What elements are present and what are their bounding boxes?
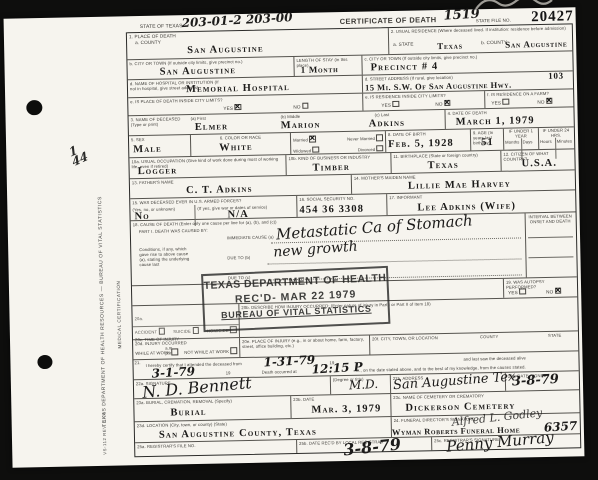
field-physician-address: 22b. ADDRESS San Augustine Tex [391,373,506,393]
field-date-of-death: 4. DATE OF DEATH March 1, 1979 [445,107,572,129]
checked-box [444,100,451,107]
field-residence-inside-city-limits: e. IS RESIDENCE INSIDE CITY LIMITS? YES … [363,91,485,110]
degree-value: M.D. [349,377,379,393]
margin-vertical-medical-certification: MEDICAL CERTIFICATION [115,230,122,348]
field-usual-occupation: 10a. USUAL OCCUPATION (Give kind of work… [129,155,286,178]
empty-box [392,101,399,108]
registrar-file-label: 25a. REGISTRAR'S FILE NO. [137,441,294,449]
part1-label: PART I. DEATH WAS CAUSED BY: [139,228,208,234]
field-marital-status: Married Never Married Widowed Divorced [291,131,386,154]
injury-occurred-label: 20d. INJURY OCCURRED [135,339,237,346]
empty-box [377,145,384,152]
residence-farm-label: f. IS RESIDENCE ON A FARM? [487,90,570,97]
not-while-at-work-option: NOT WHILE AT WORK [184,347,237,355]
under-24-hrs-label: IF UNDER 24 HRS. [539,127,573,138]
sex-label: 5. SEX [131,136,188,142]
location-value: San Augustine County, Texas [159,427,317,441]
field-social-security-no: 16. SOCIAL SECURITY NO. 454 36 3308 [297,194,387,217]
marital-divorced: Divorced [358,145,384,152]
date-received-value: 3-8-79 [342,434,402,459]
business-label: 10b. KIND OF BUSINESS OR INDUSTRY [288,154,388,161]
middle-name-label: (b) Middle [281,114,301,119]
field-date-received-registrar: 25b. DATE REC'D BY LOCAL REGISTRAR 3-8-7… [297,437,432,453]
empty-box [171,348,178,355]
field-sex: 5. SEX Male [129,135,191,157]
death-city-limits-no: NO [293,102,308,110]
checked-box [309,136,316,143]
burial-date-value: Mar. 3, 1979 [311,404,381,416]
margin-form-number: VS-112 REV. 1/78 [101,403,107,455]
checked-box [234,104,241,111]
empty-box [376,134,383,141]
punch-hole-top [26,100,42,115]
field-citizen-of-country: 12. CITIZEN OF WHAT COUNTRY? U.S.A. [501,149,573,170]
last-name-value: Adkins [369,118,406,129]
field-usual-residence: 2. USUAL RESIDENCE (Where deceased lived… [389,24,571,54]
field-autopsy: 19. WAS AUTOPSY PERFORMED? YES NO [504,277,576,297]
residence-city-limits-no: NO [435,100,450,108]
burial-label: 23a. BURIAL, CREMATION, REMOVAL (Specify… [136,397,288,405]
margin-handwritten-note: 1 44 [68,142,89,168]
residence-county-label: b. COUNTY [481,40,507,46]
due-to-b-label: DUE TO (b) [227,255,250,260]
field-place-of-death-county: 1. PLACE OF DEATH a. COUNTY San Augustin… [127,28,389,59]
empty-box [302,102,309,109]
corner-scribble [468,0,578,13]
autopsy-yes: YES [508,288,526,296]
cemetery-label: 23c. NAME OF CEMETERY OR CREMATORY [393,391,576,400]
residence-county-value: San Augustine [505,39,568,49]
field-informant: 17. INFORMANT Lee Adkins (Wife) [387,190,574,215]
race-label: 6. COLOR OR RACE [193,134,288,141]
marital-married: Married [293,136,316,143]
certificate-title: CERTIFICATE OF DEATH [340,15,437,26]
residence-city-town-value: Precinct # 4 [371,62,439,74]
field-if-under-1-year: IF UNDER 1 YEAR Months Days [504,128,539,150]
age-value: 51 [481,137,494,148]
dob-value: Feb. 5, 1928 [388,138,454,150]
empty-box [313,146,320,153]
death-certificate-form: 1. PLACE OF DEATH a. COUNTY San Augustin… [126,23,581,457]
field-registrar-file-no: 25a. REGISTRAR'S FILE NO. [135,440,297,456]
state-of-texas-label: STATE OF TEXAS [140,23,183,30]
certification-tail-1: and last saw the deceased alive [463,355,526,361]
injury-county-label: COUNTY [480,334,498,339]
marital-widowed: Widowed [293,146,319,153]
burial-value: Burial [170,407,206,418]
business-value: Timber [313,162,351,173]
name-label: 3. NAME OF DECEASED (Type or print) [131,116,183,127]
county-value: San Augustine [187,44,264,56]
field-burial-cremation-removal: 23a. BURIAL, CREMATION, REMOVAL (Specify… [134,396,291,421]
residence-city-limits-yes: YES [381,101,399,109]
margin-vertical-agency-text: TEXAS DEPARTMENT OF HEALTH RESOURCES — B… [94,55,107,427]
citizen-value: U.S.A. [521,158,557,169]
residence-state-value: Texas [437,42,463,52]
father-value: C. T. Adkins [186,184,253,196]
marital-never-married: Never Married [347,134,383,141]
first-name-label: (a) First [191,116,206,121]
street-address-value: 15 Mi. S.W. Of San Augustine Hwy. [365,80,512,91]
field-injury-occurred: 20d. INJURY OCCURRED WHILE AT WORK NOT W… [133,338,240,359]
injury-state-label: STATE [548,333,561,338]
field-date-of-birth: 8. DATE OF BIRTH Feb. 5, 1928 [386,129,471,152]
field-interval-onset-death: INTERVAL BETWEEN ONSET AND DEATH [526,212,576,277]
length-of-stay-value: 1 Month [301,65,339,75]
city-town-value: San Augustine [160,66,237,78]
field-length-of-stay: LENGTH OF STAY (in this place) 1 Month [294,56,362,76]
state-file-no-label: STATE FILE NO. [476,18,511,24]
certificate-page: 1 44 TEXAS DEPARTMENT OF HEALTH RESOURCE… [4,7,585,467]
street-address-number: 103 [548,72,564,81]
death-occurred-at-label: Death occurred at [262,369,297,375]
place-of-injury-label: 20e. PLACE OF INJURY (e.g., in or about … [242,337,367,350]
empty-box [502,98,509,105]
while-at-work-option: WHILE AT WORK [135,348,178,355]
empty-box [231,347,238,354]
residence-farm-yes: YES [491,98,509,106]
residence-state-label: a. STATE [393,42,414,48]
under-1-year-label: IF UNDER 1 YEAR [504,128,538,139]
checked-box [546,98,553,105]
date-signed-value: 3-8-79 [512,372,560,390]
middle-name-value: Marion [281,120,321,131]
first-name-value: Elmer [195,122,229,133]
cause-of-death-label: 18. CAUSE OF DEATH (Enter only one cause… [133,219,277,227]
field-birthplace: 11. BIRTHPLACE (State or foreign country… [391,151,501,173]
punch-hole-bottom [37,355,52,369]
informant-label: 17. INFORMANT [389,191,572,200]
ssn-value: 454 36 3308 [299,204,364,216]
immediate-cause-label: IMMEDIATE CAUSE (a) [227,234,274,240]
injury-city-label: 20f. CITY, TOWN, OR LOCATION [372,335,438,341]
occupation-value: Logger [138,166,178,177]
field-residence-on-farm: f. IS RESIDENCE ON A FARM? YES NO [485,89,572,108]
field-date-signed: 22c. DATE SIGNED 3-8-79 [506,371,578,390]
field-armed-forces: 15. WAS DECEASED EVER IN U.S. ARMED FORC… [130,196,297,220]
interval-label: INTERVAL BETWEEN ONSET AND DEATH [528,213,573,224]
field-city-or-town-death: b. CITY OR TOWN (If outside city limits,… [127,57,294,79]
dob-label: 8. DATE OF BIRTH [388,130,468,137]
field-color-or-race: 6. COLOR OR RACE White [191,133,291,156]
field-registrar-signature: 25c. REGISTRAR'S SIGNATURE Penny Murray [432,434,579,450]
scanned-death-certificate: { "common": {"yes": "YES", "no": "NO"}, … [0,0,598,480]
last-name-label: (c) Last [375,112,390,117]
field-age: 9. AGE (In years last birthday) 51 [471,129,504,151]
checked-box [555,287,562,294]
autopsy-no: NO [546,287,561,295]
handwritten-codes: 203-01-2 203-00 [181,10,293,30]
conditions-label: Conditions, if any, which gave rise to a… [139,246,195,267]
field-kind-of-business: 10b. KIND OF BUSINESS OR INDUSTRY Timber [286,153,391,175]
sex-value: Male [133,144,162,155]
certification-number: 21. [134,360,140,365]
date-of-death-value: March 1, 1979 [456,116,535,128]
attended-from-date: 1-31-79 [263,353,315,370]
death-city-limits-yes: YES [223,104,241,112]
burial-date-label: 23b. DATE [293,395,388,402]
mother-value: Lillie Mae Harvey [408,179,511,192]
race-value: White [219,142,253,153]
residence-city-limits-label: e. IS RESIDENCE INSIDE CITY LIMITS? [365,92,482,99]
residence-farm-no: NO [537,98,552,106]
received-stamp: TEXAS DEPARTMENT OF HEALTH REC'D- MAR 22… [201,266,390,332]
birthplace-value: Texas [427,160,458,171]
empty-box [519,288,526,295]
usual-residence-label: 2. USUAL RESIDENCE (Where deceased lived… [391,25,569,34]
birthplace-label: 11. BIRTHPLACE (State or foreign country… [393,152,498,159]
hospital-value: Memorial Hospital [186,83,290,96]
ssn-label: 16. SOCIAL SECURITY NO. [299,195,384,202]
accident-group-label: 20a. [135,316,144,321]
field-if-under-24-hrs: IF UNDER 24 HRS. Hours Minutes [539,127,573,149]
field-degree-or-title: (Degree or title) M.D. [331,375,391,394]
field-burial-date: 23b. DATE Mar. 3, 1979 [291,394,391,418]
